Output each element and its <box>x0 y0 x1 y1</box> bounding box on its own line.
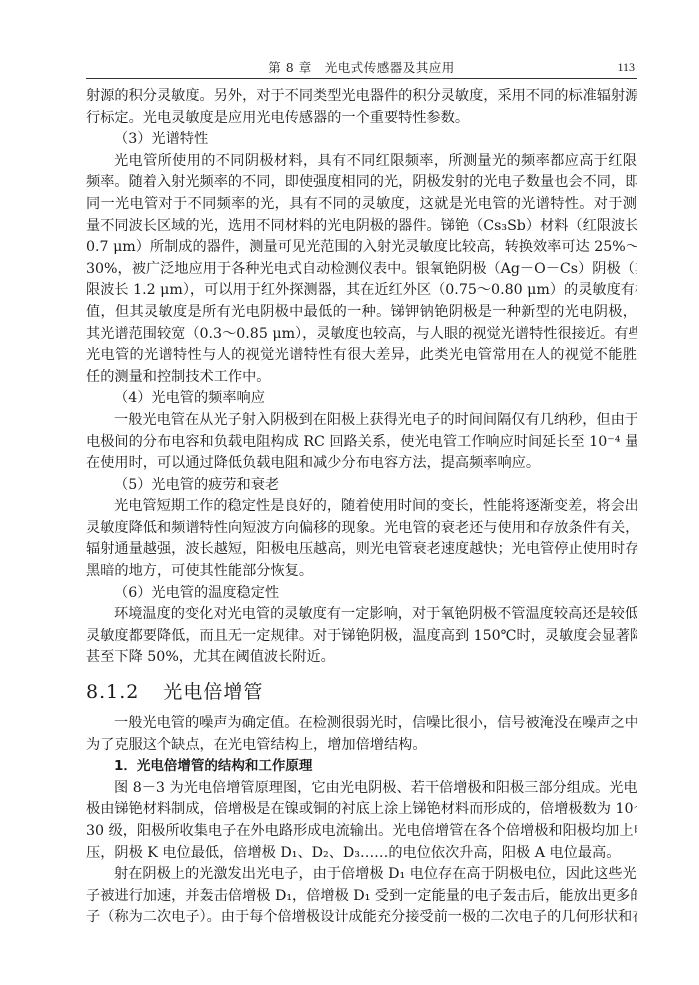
text-line: 射在阴极上的光激发出光电子，由于倍增极 D₁ 电位存在高于阴极电位，因此这些光电 <box>86 864 637 886</box>
text-line: 任的测量和控制技术工作中。 <box>86 367 637 389</box>
subheading-frequency: （4）光电管的频率响应 <box>86 388 637 410</box>
section-number: 8.1.2 <box>86 681 139 703</box>
text-line: 0.7 μm）所制成的器件，测量可见光范围的入射光灵敏度比较高，转换效率可达 2… <box>86 237 637 259</box>
text-line: 光电管短期工作的稳定性是良好的，随着使用时间的变长，性能将逐渐变差，将会出现 <box>86 496 637 518</box>
text-line: 子被进行加速，并轰击倍增极 D₁，倍增极 D₁ 受到一定能量的电子轰击后，能放出… <box>86 886 637 908</box>
text-line: 灵敏度都要降低，而且无一定规律。对于锑铯阴极，温度高到 150℃时，灵敏度会显著… <box>86 626 637 648</box>
text-line: 电极间的分布电容和负载电阻构成 RC 回路关系，使光电管工作响应时间延长至 10… <box>86 432 637 454</box>
text-line: 子（称为二次电子）。由于每个倍增极设计成能充分接受前一极的二次电子的几何形状和在 <box>86 907 637 929</box>
text-line: 为了克服这个缺点，在光电管结构上，增加倍增结构。 <box>86 735 637 757</box>
text-line: 甚至下降 50%，尤其在阈值波长附近。 <box>86 647 637 669</box>
text-line: 限波长 1.2 μm），可以用于红外探测器，其在近红外区（0.75～0.80 μ… <box>86 280 637 302</box>
text-line: 辐射通量越强，波长越短，阳极电压越高，则光电管衰老速度越快；光电管停止使用时存放… <box>86 539 637 561</box>
text-line: 30 级，阳极所收集电子在外电路形成电流输出。光电倍增管在各个倍增极和阳极均加上… <box>86 821 637 843</box>
text-line: 图 8－3 为光电倍增管原理图，它由光电阴极、若干倍增极和阳极三部分组成。光电阴 <box>86 778 637 800</box>
page-body: 射源的积分灵敏度。另外，对于不同类型光电器件的积分灵敏度，采用不同的标准辐射源进… <box>86 86 637 929</box>
paragraph: 图 8－3 为光电倍增管原理图，它由光电阴极、若干倍增极和阳极三部分组成。光电阴… <box>86 778 637 864</box>
text-line: 环境温度的变化对光电管的灵敏度有一定影响，对于氧铯阴极不管温度较高还是较低， <box>86 604 637 626</box>
section-title: 光电倍增管 <box>163 681 263 703</box>
text-line: 量不同波长区域的光，选用不同材料的光电阴极的器件。锑铯（Cs₃Sb）材料（红限波… <box>86 216 637 238</box>
subheading-temperature: （6）光电管的温度稳定性 <box>86 583 637 605</box>
paragraph: 光电管短期工作的稳定性是良好的，随着使用时间的变长，性能将逐渐变差，将会出现 灵… <box>86 496 637 582</box>
text-line: 一般光电管在从光子射入阴极到在阳极上获得光电子的时间间隔仅有几纳秒，但由于 <box>86 410 637 432</box>
paragraph: 一般光电管在从光子射入阴极到在阳极上获得光电子的时间间隔仅有几纳秒，但由于 电极… <box>86 410 637 475</box>
text-line: 压，阴极 K 电位最低，倍增极 D₁、D₂、D₃……的电位依次升高，阳极 A 电… <box>86 843 637 865</box>
text-line: 光电管所使用的不同阴极材料，具有不同红限频率，所测量光的频率都应高于红限 <box>86 151 637 173</box>
text-line: 一般光电管的噪声为确定值。在检测很弱光时，信噪比很小，信号被淹没在噪声之中。 <box>86 713 637 735</box>
section-heading: 8.1.2光电倍增管 <box>86 671 637 713</box>
text-line: 行标定。光电灵敏度是应用光电传感器的一个重要特性参数。 <box>86 108 637 130</box>
text-line: 30%，被广泛地应用于各种光电式自动检测仪表中。银氧铯阴极（Ag－O－Cs）阴极… <box>86 259 637 281</box>
chapter-title: 第 8 章 光电式传感器及其应用 <box>86 58 637 76</box>
subheading-fatigue: （5）光电管的疲劳和衰老 <box>86 475 637 497</box>
paragraph: 光电管所使用的不同阴极材料，具有不同红限频率，所测量光的频率都应高于红限 频率。… <box>86 151 637 389</box>
paragraph: 环境温度的变化对光电管的灵敏度有一定影响，对于氧铯阴极不管温度较高还是较低， 灵… <box>86 604 637 669</box>
text-line: 同一光电管对于不同频率的光，具有不同的灵敏度，这就是光电管的光谱特性。对于测 <box>86 194 637 216</box>
text-line: 频率。随着入射光频率的不同，即使强度相同的光，阴极发射的光电子数量也会不同，即 <box>86 172 637 194</box>
text-line: 极由锑铯材料制成，倍增极是在镍或铜的衬底上涂上锑铯材料而形成的，倍增极数为 10… <box>86 799 637 821</box>
text-line: 光电管的光谱特性与人的视觉光谱特性有很大差异，此类光电管常用在人的视觉不能胜 <box>86 345 637 367</box>
paragraph: 射源的积分灵敏度。另外，对于不同类型光电器件的积分灵敏度，采用不同的标准辐射源进… <box>86 86 637 129</box>
paragraph: 一般光电管的噪声为确定值。在检测很弱光时，信噪比很小，信号被淹没在噪声之中。 为… <box>86 713 637 756</box>
subheading-structure: 1．光电倍增管的结构和工作原理 <box>86 756 637 778</box>
text-line: 值，但其灵敏度是所有光电阴极中最低的一种。锑钾钠铯阴极是一种新型的光电阴极， <box>86 302 637 324</box>
text-line: 其光谱范围较宽（0.3～0.85 μm），灵敏度也较高，与人眼的视觉光谱特性很接… <box>86 324 637 346</box>
text-line: 黑暗的地方，可使其性能部分恢复。 <box>86 561 637 583</box>
text-line: 射源的积分灵敏度。另外，对于不同类型光电器件的积分灵敏度，采用不同的标准辐射源进 <box>86 86 637 108</box>
running-header: 第 8 章 光电式传感器及其应用 113 <box>86 56 637 79</box>
subheading-spectral: （3）光谱特性 <box>86 129 637 151</box>
page-number: 113 <box>617 60 635 75</box>
paragraph: 射在阴极上的光激发出光电子，由于倍增极 D₁ 电位存在高于阴极电位，因此这些光电… <box>86 864 637 929</box>
text-line: 灵敏度降低和频谱特性向短波方向偏移的现象。光电管的衰老还与使用和存放条件有关， <box>86 518 637 540</box>
text-line: 在使用时，可以通过降低负载电阻和减少分布电容方法，提高频率响应。 <box>86 453 637 475</box>
